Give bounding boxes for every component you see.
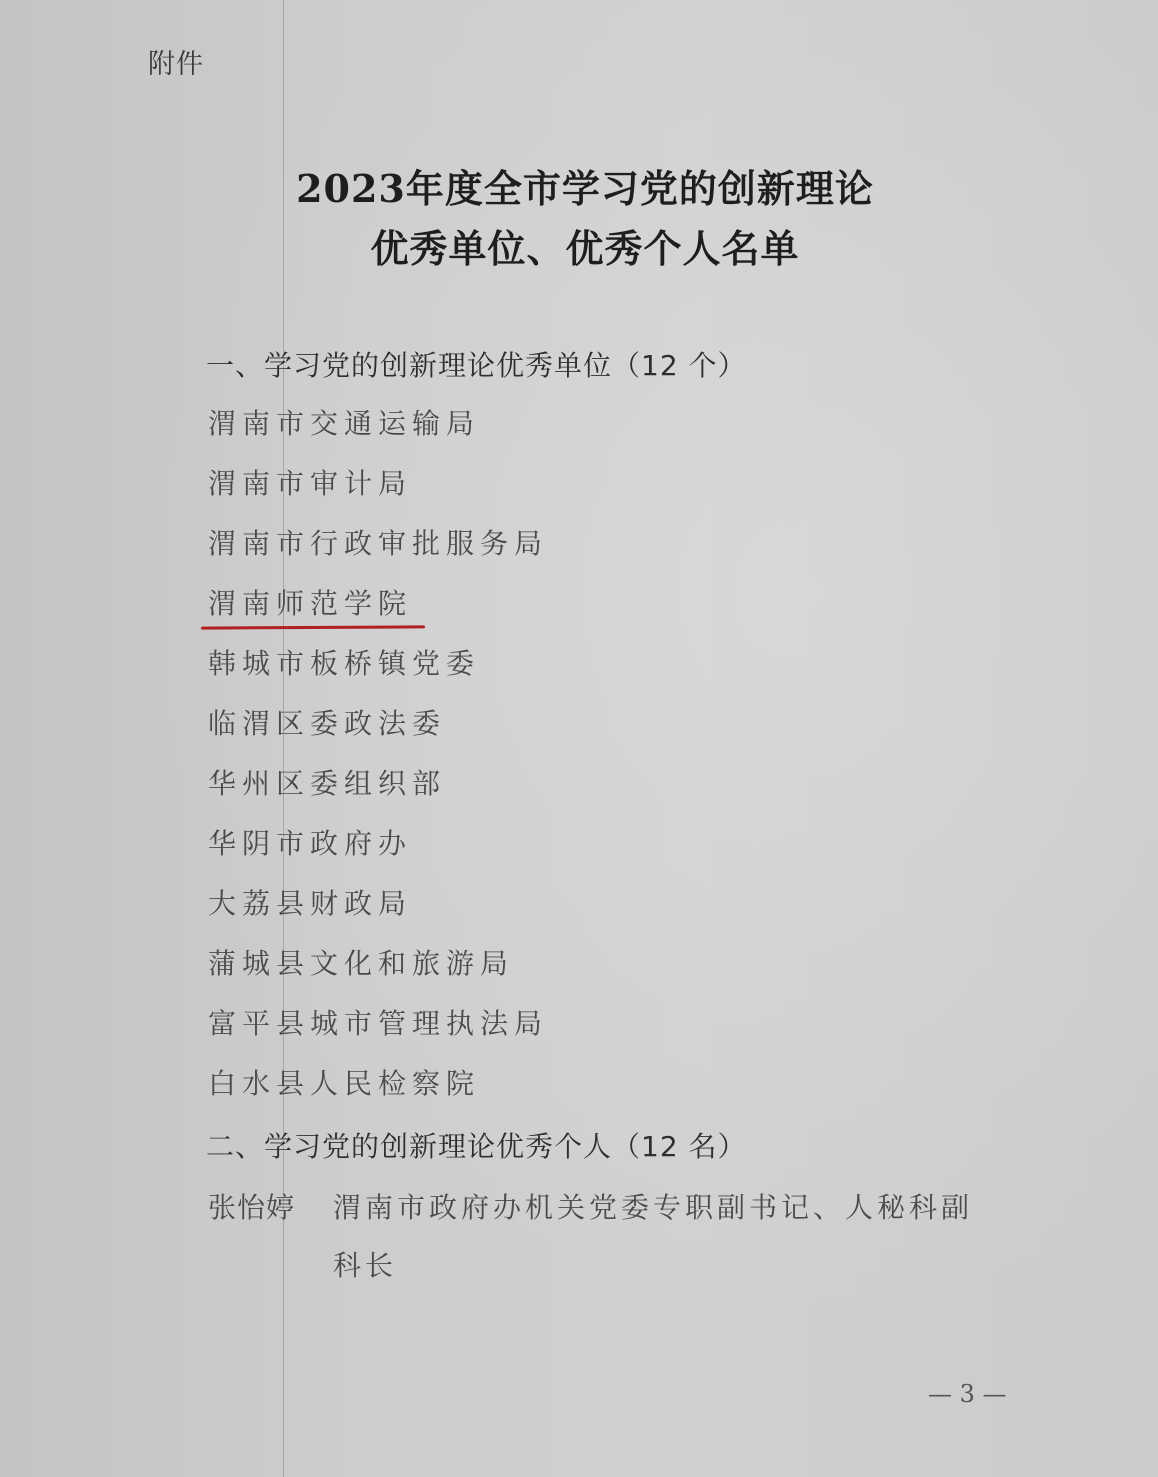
unit-item: 韩城市板桥镇党委 [208,644,548,704]
person-name: 张怡婷 [208,1186,295,1226]
person-title: 渭南市政府办机关党委专职副书记、人秘科副 [333,1186,973,1226]
person-title-continued: 科长 [333,1244,397,1284]
unit-item: 华州区委组织部 [208,764,548,824]
document-title-line-1: 2023年度全市学习党的创新理论 [6,158,1158,213]
unit-item: 临渭区委政法委 [208,704,548,764]
page-number: — 3 — [928,1380,1007,1408]
unit-item: 渭南市行政审批服务局 [208,524,548,584]
unit-item: 白水县人民检察院 [208,1064,548,1124]
unit-item: 渭南市交通运输局 [208,404,548,464]
section-heading-units: 一、学习党的创新理论优秀单位（12 个） [206,344,747,384]
section-heading-individuals: 二、学习党的创新理论优秀个人（12 名） [206,1125,747,1165]
unit-item: 蒲城县文化和旅游局 [208,944,548,1004]
unit-item: 华阴市政府办 [208,824,548,884]
unit-item-highlighted: 渭南师范学院 [208,584,548,644]
attachment-label: 附件 [148,42,204,81]
document-title-line-2: 优秀单位、优秀个人名单 [6,218,1158,273]
unit-item: 大荔县财政局 [208,884,548,944]
unit-item: 富平县城市管理执法局 [208,1004,548,1064]
excellent-units-list: 渭南市交通运输局 渭南市审计局 渭南市行政审批服务局 渭南师范学院 韩城市板桥镇… [208,404,548,1124]
unit-item: 渭南市审计局 [208,464,548,524]
